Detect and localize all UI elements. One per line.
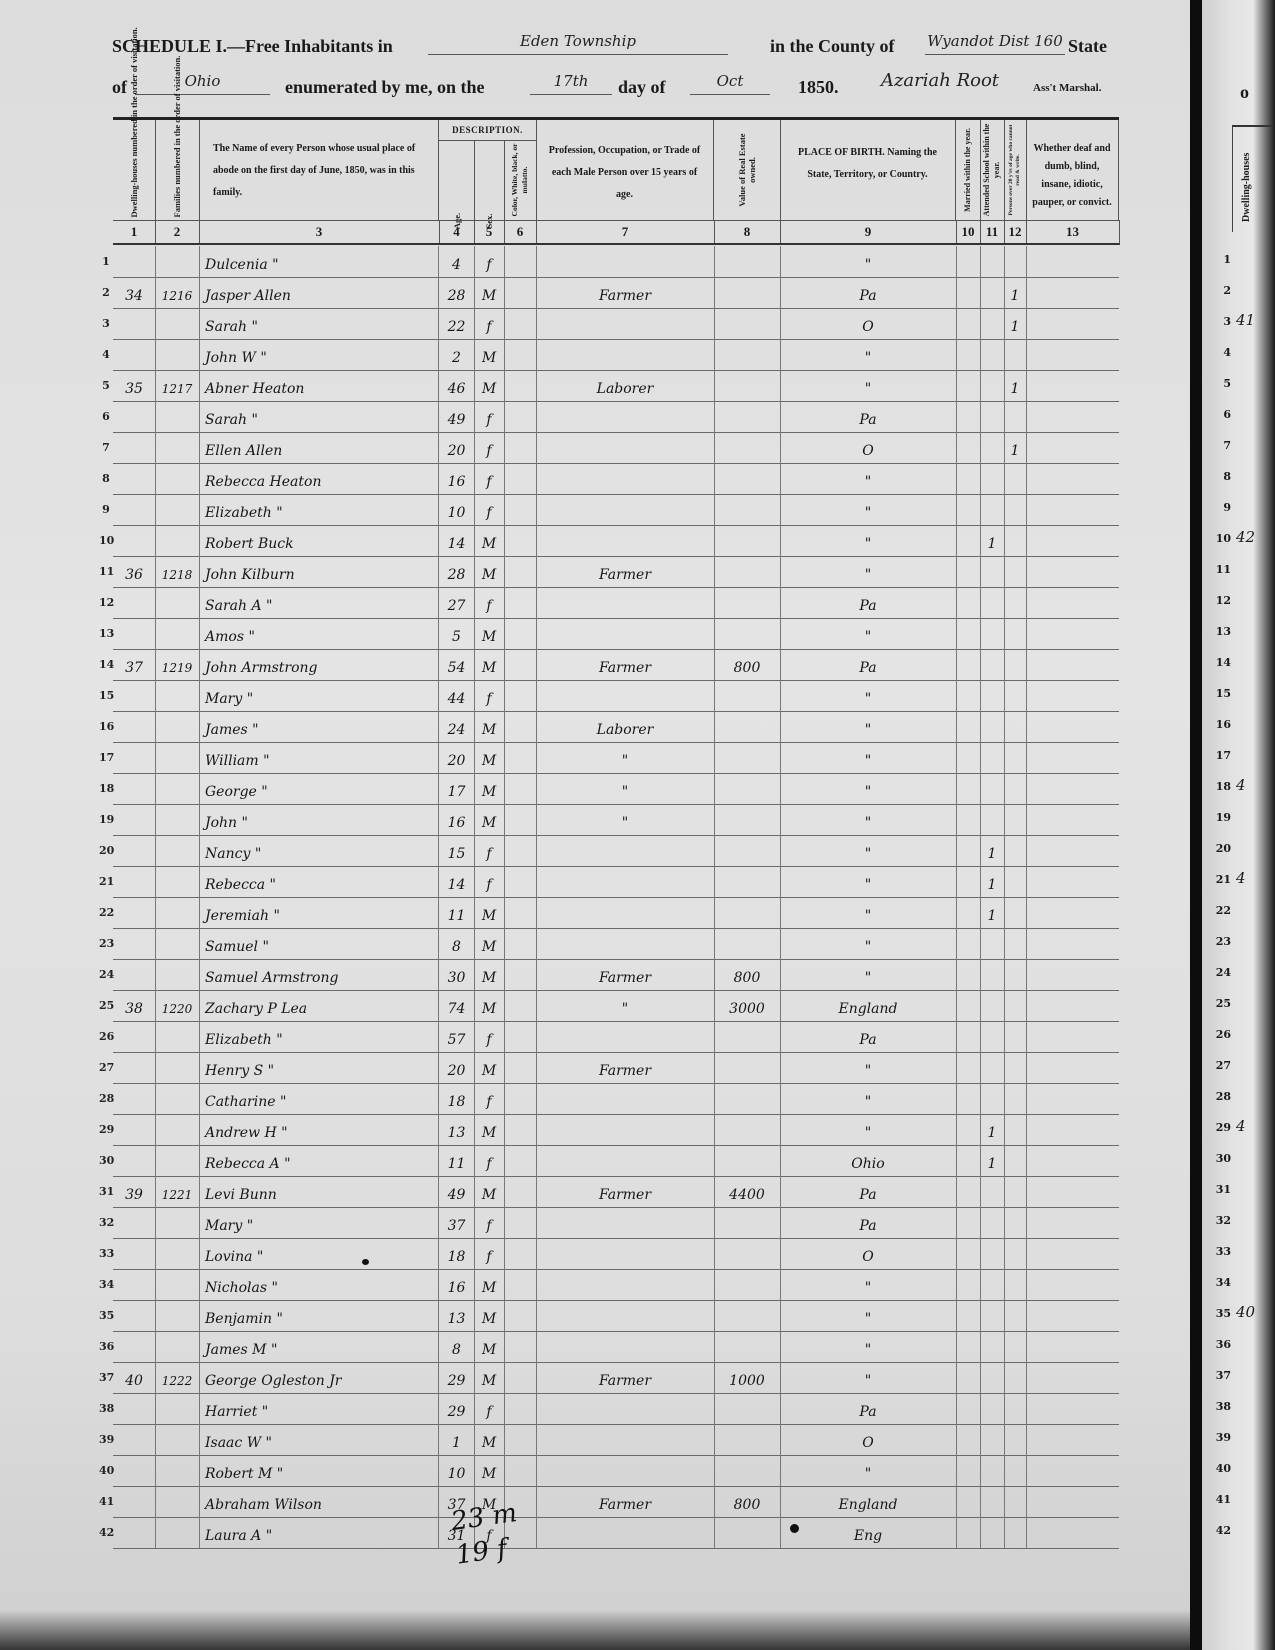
attended-school-cell [980, 308, 1005, 339]
table-row: 4John W "2M" [113, 339, 1119, 371]
adjacent-line-number: 41 [1207, 1493, 1231, 1506]
color-cell [504, 1455, 537, 1486]
color-cell [504, 866, 537, 897]
occupation-cell: " [536, 990, 715, 1021]
table-row: 21Rebecca "14f"1 [113, 866, 1119, 898]
family-number-cell [155, 1424, 200, 1455]
person-name-cell: Sarah " [199, 401, 439, 432]
attended-school-cell [980, 928, 1005, 959]
married-within-year-cell [956, 1176, 981, 1207]
line-number: 20 [99, 835, 113, 866]
dwelling-number-cell: 34 [113, 277, 156, 308]
family-number-cell [155, 1455, 200, 1486]
real-estate-value-cell [714, 1052, 781, 1083]
line-number: 42 [99, 1517, 113, 1548]
adjacent-line-number: 31 [1207, 1183, 1231, 1196]
real-estate-value-cell: 3000 [714, 990, 781, 1021]
age-cell: 16 [439, 1269, 475, 1300]
cannot-read-write-cell [1004, 525, 1027, 556]
birthplace-cell: Pa [780, 401, 957, 432]
color-cell [504, 1207, 537, 1238]
occupation-cell: " [536, 742, 715, 773]
col-num-12: 12 [1004, 220, 1027, 245]
condition-cell [1026, 1145, 1119, 1176]
color-cell [504, 680, 537, 711]
condition-cell [1026, 835, 1119, 866]
cannot-read-write-cell [1004, 339, 1027, 370]
cannot-read-write-cell [1004, 1207, 1027, 1238]
dwelling-number-cell [113, 1083, 156, 1114]
line-number: 11 [99, 556, 113, 587]
cannot-read-write-cell [1004, 1393, 1027, 1424]
cannot-read-write-cell [1004, 835, 1027, 866]
table-row: 33Lovina "18fO [113, 1238, 1119, 1270]
line-number: 13 [99, 618, 113, 649]
table-row: 22Jeremiah "11M"1 [113, 897, 1119, 929]
age-cell: 46 [439, 370, 475, 401]
dwelling-number-cell [113, 1331, 156, 1362]
condition-cell [1026, 556, 1119, 587]
dwelling-number-cell [113, 587, 156, 618]
adjacent-line-number: 3 [1207, 315, 1231, 328]
family-number-cell [155, 804, 200, 835]
occupation-cell [536, 525, 715, 556]
adjacent-line-number: 25 [1207, 997, 1231, 1010]
adjacent-margin-mark: 40 [1236, 1303, 1255, 1321]
cannot-read-write-cell [1004, 1362, 1027, 1393]
occupation-cell [536, 1145, 715, 1176]
person-name-cell: James M " [199, 1331, 439, 1362]
color-cell [504, 1145, 537, 1176]
married-within-year-cell [956, 494, 981, 525]
real-estate-value-cell [714, 1517, 781, 1548]
color-cell [504, 835, 537, 866]
color-cell [504, 1331, 537, 1362]
dwelling-number-cell [113, 618, 156, 649]
color-cell [504, 1083, 537, 1114]
family-number-cell: 1216 [155, 277, 200, 308]
married-within-year-cell [956, 1331, 981, 1362]
dwelling-number-cell [113, 1455, 156, 1486]
birthplace-cell: " [780, 1083, 957, 1114]
sex-cell: M [474, 990, 505, 1021]
col-header-family: Families numbered in the order of visita… [155, 120, 200, 220]
dwelling-number-cell [113, 680, 156, 711]
age-cell: 1 [439, 1424, 475, 1455]
attended-school-cell [980, 494, 1005, 525]
birthplace-cell: Pa [780, 1207, 957, 1238]
cannot-read-write-cell [1004, 1331, 1027, 1362]
township-field: Eden Township [428, 32, 728, 55]
col-header-occupation: Profession, Occupation, or Trade of each… [536, 120, 714, 220]
real-estate-value-cell [714, 308, 781, 339]
sex-cell: f [474, 308, 505, 339]
real-estate-value-cell [714, 1238, 781, 1269]
occupation-cell: Farmer [536, 277, 715, 308]
married-within-year-cell [956, 1238, 981, 1269]
adjacent-line-number: 29 [1207, 1121, 1231, 1134]
cannot-read-write-cell [1004, 959, 1027, 990]
state-field: Ohio [135, 72, 270, 95]
birthplace-cell: England [780, 990, 957, 1021]
color-cell [504, 246, 537, 277]
sex-cell: f [474, 463, 505, 494]
family-number-cell [155, 401, 200, 432]
real-estate-value-cell [714, 556, 781, 587]
birthplace-cell: " [780, 463, 957, 494]
adjacent-page-strip: o Dwelling-houses 1234567891011121314151… [1202, 0, 1275, 1650]
line-number: 16 [99, 711, 113, 742]
cannot-read-write-cell [1004, 897, 1027, 928]
col-num-6: 6 [504, 220, 537, 245]
color-cell [504, 1300, 537, 1331]
color-cell [504, 711, 537, 742]
condition-cell [1026, 246, 1119, 277]
adjacent-line-number: 33 [1207, 1245, 1231, 1258]
color-cell [504, 959, 537, 990]
family-number-cell [155, 680, 200, 711]
col-header-married: Married within the year. [956, 120, 981, 220]
dwelling-number-cell [113, 1021, 156, 1052]
married-within-year-cell [956, 308, 981, 339]
color-cell [504, 370, 537, 401]
color-cell [504, 432, 537, 463]
married-within-year-cell [956, 339, 981, 370]
cannot-read-write-cell [1004, 1300, 1027, 1331]
age-cell: 54 [439, 649, 475, 680]
married-within-year-cell [956, 1083, 981, 1114]
col-header-name: The Name of every Person whose usual pla… [199, 120, 439, 220]
line-number: 35 [99, 1300, 113, 1331]
person-name-cell: Levi Bunn [199, 1176, 439, 1207]
color-cell [504, 401, 537, 432]
condition-cell [1026, 1021, 1119, 1052]
real-estate-value-cell [714, 1083, 781, 1114]
condition-cell [1026, 959, 1119, 990]
age-cell: 10 [439, 494, 475, 525]
married-within-year-cell [956, 277, 981, 308]
attended-school-cell [980, 1176, 1005, 1207]
table-row: 32Mary "37fPa [113, 1207, 1119, 1239]
person-name-cell: Laura A " [199, 1517, 439, 1548]
color-cell [504, 587, 537, 618]
condition-cell [1026, 494, 1119, 525]
real-estate-value-cell [714, 804, 781, 835]
table-row: 3Sarah "22fO1 [113, 308, 1119, 340]
attended-school-cell [980, 1455, 1005, 1486]
dwelling-number-cell [113, 835, 156, 866]
color-cell [504, 928, 537, 959]
real-estate-value-cell [714, 618, 781, 649]
line-number: 40 [99, 1455, 113, 1486]
married-within-year-cell [956, 928, 981, 959]
attended-school-cell [980, 1021, 1005, 1052]
real-estate-value-cell [714, 897, 781, 928]
person-name-cell: Andrew H " [199, 1114, 439, 1145]
table-row: 25381220Zachary P Lea74M"3000England [113, 990, 1119, 1022]
line-number: 9 [99, 494, 113, 525]
attended-school-cell [980, 990, 1005, 1021]
line-number: 26 [99, 1021, 113, 1052]
age-cell: 13 [439, 1300, 475, 1331]
adjacent-line-number: 19 [1207, 811, 1231, 824]
col-num-11: 11 [980, 220, 1005, 245]
line-number: 4 [99, 339, 113, 370]
occupation-cell: Laborer [536, 711, 715, 742]
table-row: 9Elizabeth "10f" [113, 494, 1119, 526]
person-name-cell: James " [199, 711, 439, 742]
cannot-read-write-cell [1004, 649, 1027, 680]
age-cell: 16 [439, 804, 475, 835]
dwelling-number-cell [113, 401, 156, 432]
sex-cell: f [474, 1238, 505, 1269]
real-estate-value-cell [714, 680, 781, 711]
family-number-cell [155, 1331, 200, 1362]
person-name-cell: John Kilburn [199, 556, 439, 587]
cannot-read-write-cell [1004, 711, 1027, 742]
attended-school-cell [980, 277, 1005, 308]
birthplace-cell: " [780, 680, 957, 711]
person-name-cell: Sarah " [199, 308, 439, 339]
attended-school-cell [980, 959, 1005, 990]
birthplace-cell: Pa [780, 1021, 957, 1052]
occupation-cell [536, 494, 715, 525]
attended-school-cell [980, 680, 1005, 711]
occupation-cell [536, 1207, 715, 1238]
cannot-read-write-cell [1004, 1269, 1027, 1300]
age-cell: 4 [439, 246, 475, 277]
real-estate-value-cell: 1000 [714, 1362, 781, 1393]
sex-cell: M [474, 1114, 505, 1145]
condition-cell [1026, 804, 1119, 835]
person-name-cell: Lovina " [199, 1238, 439, 1269]
attended-school-cell [980, 587, 1005, 618]
attended-school-cell [980, 246, 1005, 277]
person-name-cell: Jeremiah " [199, 897, 439, 928]
attended-school-cell [980, 1424, 1005, 1455]
person-name-cell: Jasper Allen [199, 277, 439, 308]
ink-blot [790, 1524, 799, 1533]
table-row: 2341216Jasper Allen28MFarmerPa1 [113, 277, 1119, 309]
col-num-1: 1 [113, 220, 156, 245]
birthplace-cell: " [780, 525, 957, 556]
person-name-cell: Rebecca Heaton [199, 463, 439, 494]
color-cell [504, 1393, 537, 1424]
age-cell: 29 [439, 1362, 475, 1393]
table-row: 20Nancy "15f"1 [113, 835, 1119, 867]
cannot-read-write-cell [1004, 494, 1027, 525]
color-cell [504, 339, 537, 370]
table-row: 15Mary "44f" [113, 680, 1119, 712]
col-num-13: 13 [1026, 220, 1120, 245]
dwelling-number-cell [113, 1269, 156, 1300]
cannot-read-write-cell [1004, 618, 1027, 649]
sex-cell: f [474, 432, 505, 463]
col-num-10: 10 [956, 220, 981, 245]
person-name-cell: Amos " [199, 618, 439, 649]
table-row: 38Harriet "29fPa [113, 1393, 1119, 1425]
enumerated-label: enumerated by me, on the [285, 77, 484, 98]
adjacent-line-number: 32 [1207, 1214, 1231, 1227]
adjacent-line-number: 35 [1207, 1307, 1231, 1320]
dwelling-number-cell [113, 308, 156, 339]
real-estate-value-cell [714, 1021, 781, 1052]
line-number: 19 [99, 804, 113, 835]
col-header-birthplace: PLACE OF BIRTH. Naming the State, Territ… [780, 120, 956, 220]
married-within-year-cell [956, 959, 981, 990]
cannot-read-write-cell [1004, 1238, 1027, 1269]
table-row: 41Abraham Wilson37MFarmer800England [113, 1486, 1119, 1518]
state-label: State [1068, 36, 1107, 57]
real-estate-value-cell [714, 277, 781, 308]
family-number-cell [155, 1486, 200, 1517]
condition-cell [1026, 1114, 1119, 1145]
birthplace-cell: " [780, 1052, 957, 1083]
birthplace-cell: Pa [780, 277, 957, 308]
person-name-cell: Isaac W " [199, 1424, 439, 1455]
line-number: 14 [99, 649, 113, 680]
dwelling-number-cell: 35 [113, 370, 156, 401]
table-row: 30Rebecca A "11fOhio1 [113, 1145, 1119, 1177]
real-estate-value-cell: 800 [714, 959, 781, 990]
line-number: 41 [99, 1486, 113, 1517]
adjacent-line-number: 17 [1207, 749, 1231, 762]
cannot-read-write-cell [1004, 463, 1027, 494]
sex-cell: f [474, 1393, 505, 1424]
adjacent-line-number: 12 [1207, 594, 1231, 607]
sex-cell: f [474, 587, 505, 618]
age-cell: 18 [439, 1238, 475, 1269]
tally-annotation: 23 m 19 f [449, 1496, 531, 1595]
col-num-9: 9 [780, 220, 957, 245]
adjacent-margin-mark: 41 [1236, 311, 1255, 329]
line-number: 39 [99, 1424, 113, 1455]
birthplace-cell: " [780, 742, 957, 773]
occupation-cell [536, 1517, 715, 1548]
birthplace-cell: " [780, 1455, 957, 1486]
birthplace-cell: O [780, 308, 957, 339]
cannot-read-write-cell [1004, 773, 1027, 804]
person-name-cell: Abraham Wilson [199, 1486, 439, 1517]
age-cell: 15 [439, 835, 475, 866]
line-number: 21 [99, 866, 113, 897]
person-name-cell: Sarah A " [199, 587, 439, 618]
schedule-title: SCHEDULE I.—Free Inhabitants in [112, 36, 393, 57]
attended-school-cell: 1 [980, 1145, 1005, 1176]
cannot-read-write-cell [1004, 1052, 1027, 1083]
line-number: 17 [99, 742, 113, 773]
col-num-4: 4 [439, 220, 475, 245]
married-within-year-cell [956, 711, 981, 742]
attended-school-cell [980, 742, 1005, 773]
condition-cell [1026, 1083, 1119, 1114]
adjacent-line-number: 13 [1207, 625, 1231, 638]
person-name-cell: Catharine " [199, 1083, 439, 1114]
occupation-cell: Farmer [536, 959, 715, 990]
table-row: 24Samuel Armstrong30MFarmer800" [113, 959, 1119, 991]
birthplace-cell: Pa [780, 587, 957, 618]
attended-school-cell [980, 370, 1005, 401]
dwelling-number-cell [113, 1486, 156, 1517]
age-cell: 20 [439, 1052, 475, 1083]
table-row: 1Dulcenia "4f" [113, 246, 1119, 278]
color-cell [504, 1238, 537, 1269]
sex-cell: M [474, 1269, 505, 1300]
age-cell: 49 [439, 1176, 475, 1207]
birthplace-cell: " [780, 1331, 957, 1362]
real-estate-value-cell: 800 [714, 649, 781, 680]
line-number: 8 [99, 463, 113, 494]
cannot-read-write-cell [1004, 1021, 1027, 1052]
occupation-cell [536, 928, 715, 959]
adjacent-margin-mark: 4 [1236, 1117, 1246, 1135]
married-within-year-cell [956, 1269, 981, 1300]
sex-cell: M [474, 804, 505, 835]
age-cell: 29 [439, 1393, 475, 1424]
occupation-cell [536, 1455, 715, 1486]
sex-cell: f [474, 1145, 505, 1176]
dwelling-number-cell: 38 [113, 990, 156, 1021]
birthplace-cell: " [780, 339, 957, 370]
person-name-cell: Robert M " [199, 1455, 439, 1486]
line-number: 10 [99, 525, 113, 556]
real-estate-value-cell [714, 742, 781, 773]
adjacent-margin-mark: 4 [1236, 776, 1246, 794]
family-number-cell: 1222 [155, 1362, 200, 1393]
line-number: 25 [99, 990, 113, 1021]
occupation-cell: Farmer [536, 649, 715, 680]
real-estate-value-cell [714, 339, 781, 370]
attended-school-cell [980, 1331, 1005, 1362]
birthplace-cell: " [780, 928, 957, 959]
person-name-cell: Mary " [199, 680, 439, 711]
family-number-cell [155, 1517, 200, 1548]
attended-school-cell [980, 649, 1005, 680]
family-number-cell [155, 308, 200, 339]
dwelling-number-cell [113, 897, 156, 928]
family-number-cell [155, 866, 200, 897]
sex-cell: M [474, 556, 505, 587]
birthplace-cell: " [780, 804, 957, 835]
real-estate-value-cell [714, 587, 781, 618]
col-header-color: Color, White, black, or mulatto. [504, 140, 537, 220]
condition-cell [1026, 990, 1119, 1021]
census-table: Dwelling-houses numbered in the order of… [113, 117, 1119, 120]
occupation-cell [536, 587, 715, 618]
condition-cell [1026, 277, 1119, 308]
attended-school-cell: 1 [980, 897, 1005, 928]
line-number: 28 [99, 1083, 113, 1114]
real-estate-value-cell [714, 432, 781, 463]
table-row: 42Laura A "31fEng [113, 1517, 1119, 1549]
sex-cell: M [474, 1300, 505, 1331]
married-within-year-cell [956, 432, 981, 463]
married-within-year-cell [956, 1145, 981, 1176]
birthplace-cell: " [780, 897, 957, 928]
col-header-dwelling: Dwelling-houses numbered in the order of… [113, 120, 156, 220]
sex-cell: M [474, 339, 505, 370]
adjacent-line-number: 10 [1207, 532, 1231, 545]
birthplace-cell: " [780, 556, 957, 587]
dwelling-number-cell [113, 339, 156, 370]
real-estate-value-cell: 4400 [714, 1176, 781, 1207]
birthplace-cell: O [780, 1424, 957, 1455]
color-cell [504, 618, 537, 649]
person-name-cell: Elizabeth " [199, 494, 439, 525]
birthplace-cell: Ohio [780, 1145, 957, 1176]
person-name-cell: Benjamin " [199, 1300, 439, 1331]
family-number-cell: 1219 [155, 649, 200, 680]
